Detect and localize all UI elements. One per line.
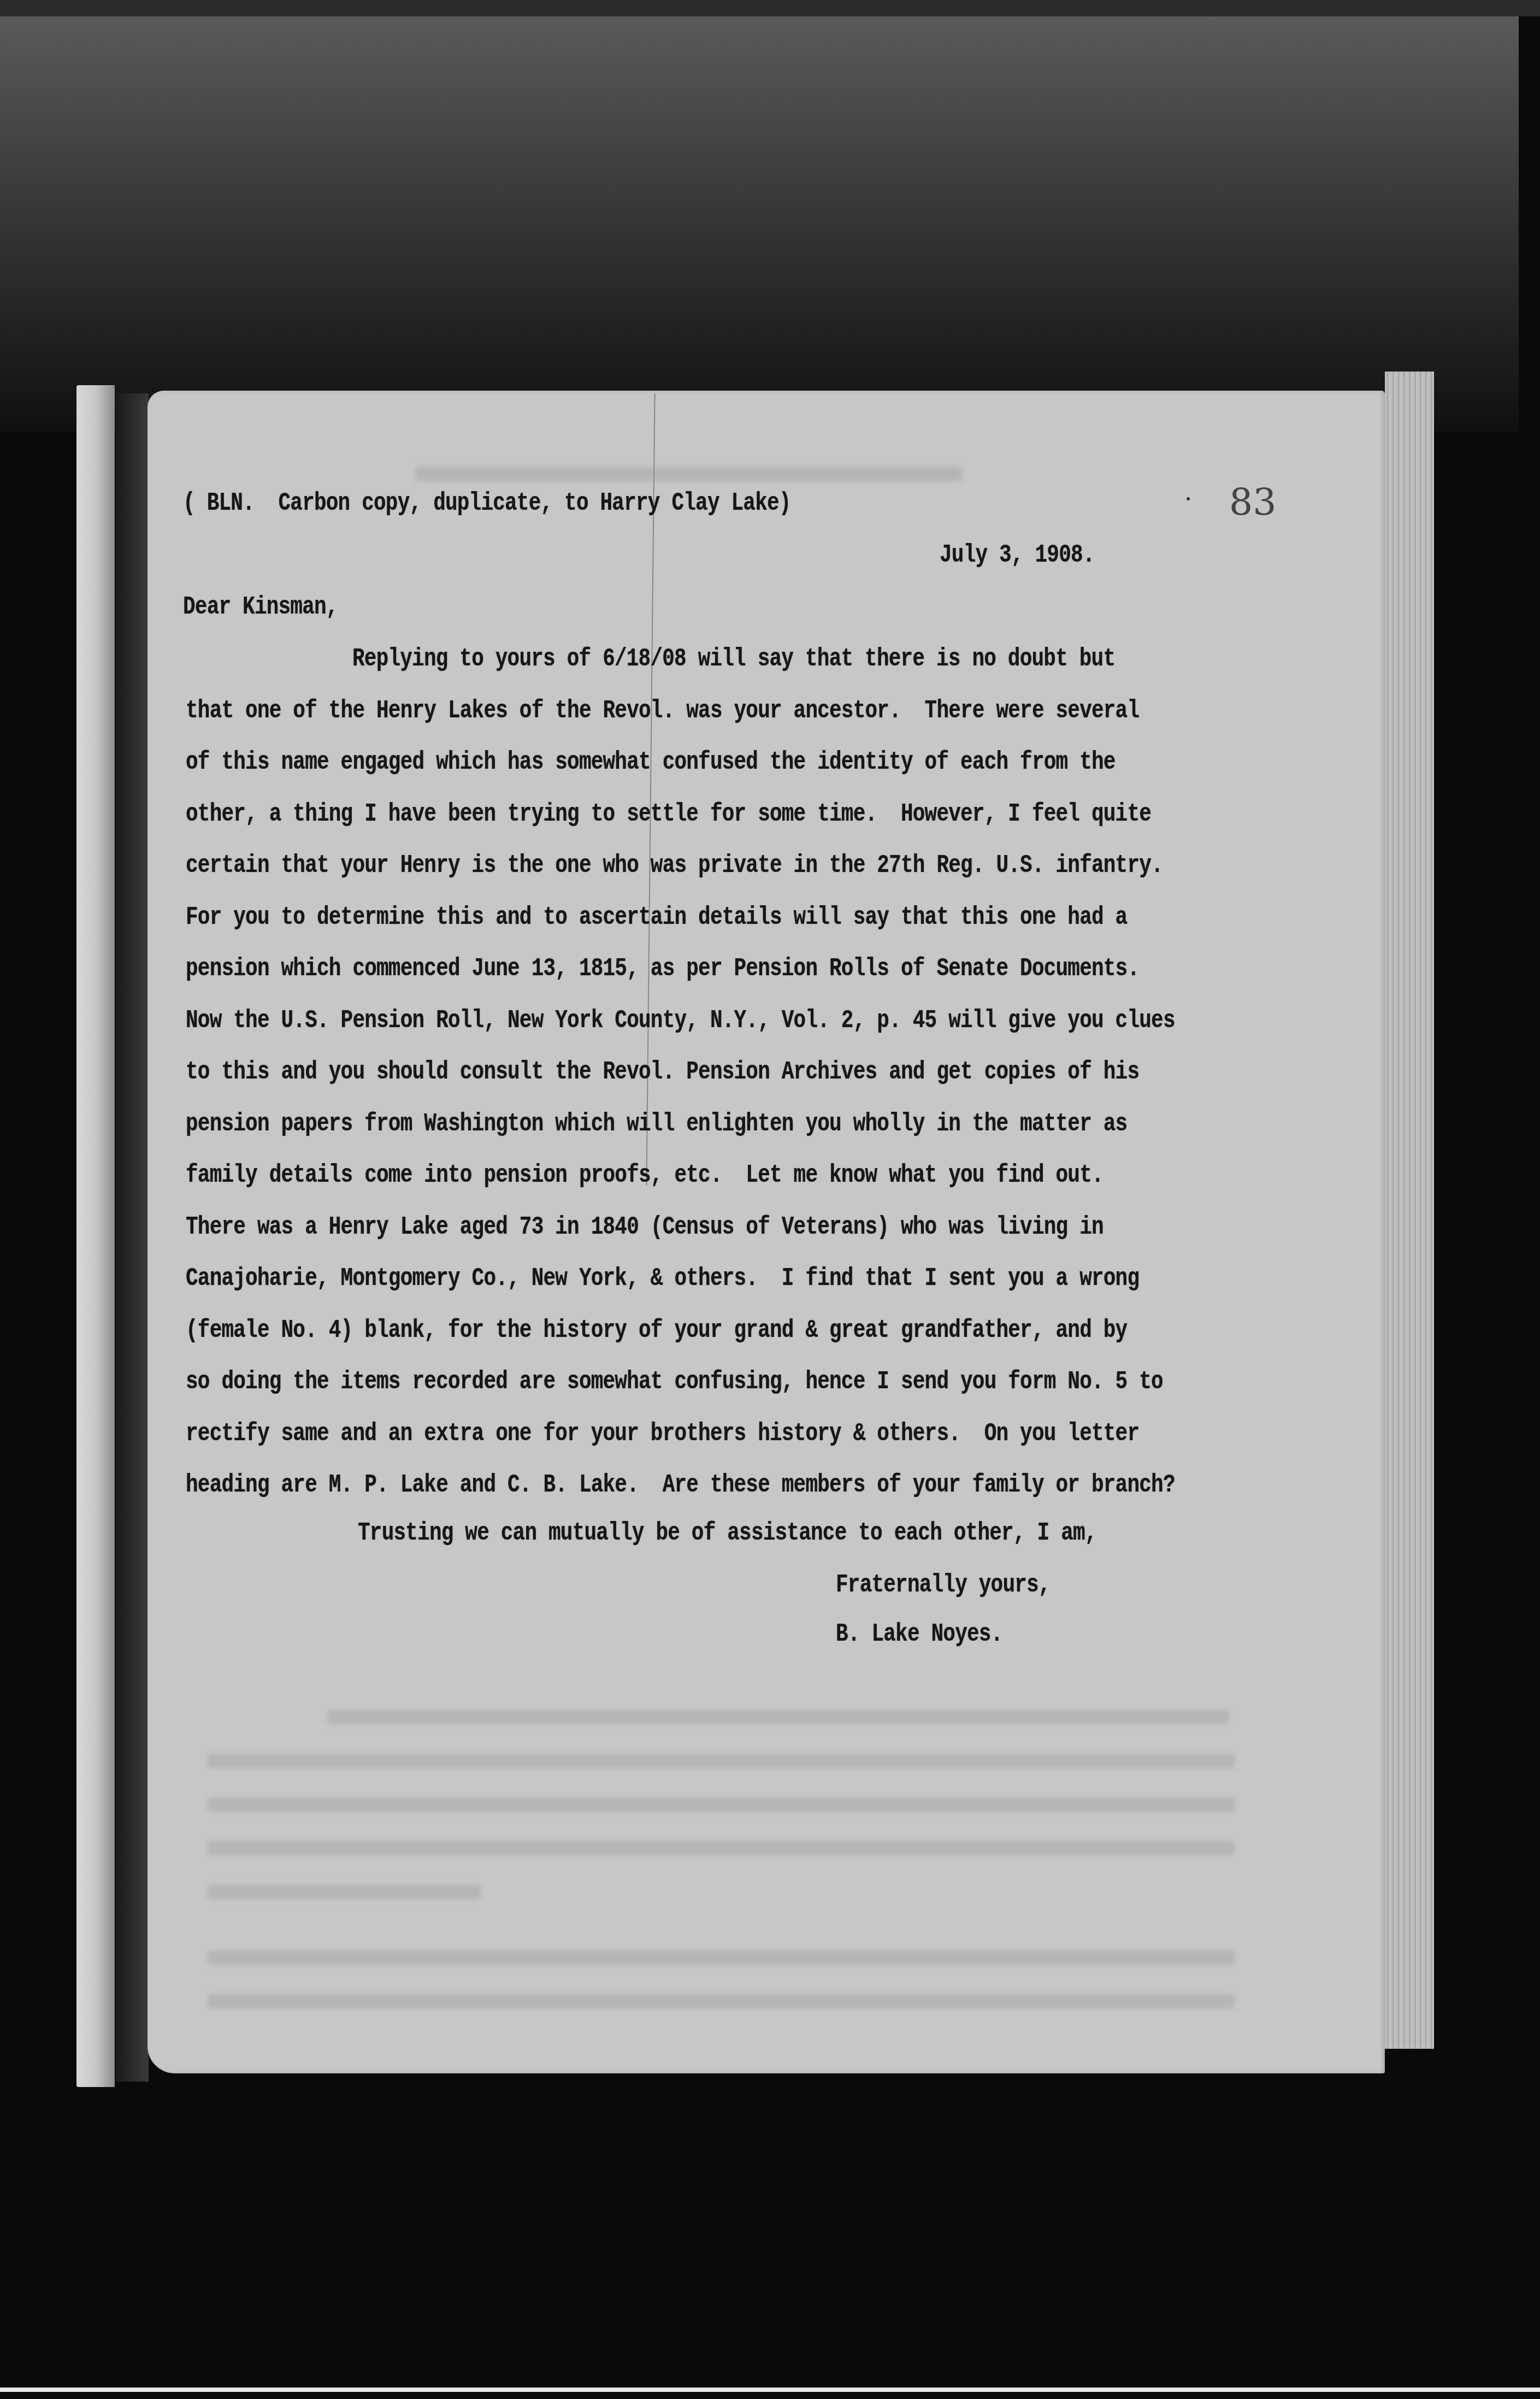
film-top-band [0,0,1540,16]
microfilm-backdrop [0,16,1519,432]
body-line: Now the U.S. Pension Roll, New York Coun… [186,1006,1175,1035]
bleed-through-line [415,467,961,481]
body-line: pension papers from Washington which wil… [186,1110,1127,1138]
book-gutter [116,393,149,2082]
letter-date: July 3, 1908. [940,541,1095,569]
signature: B. Lake Noyes. [836,1620,1002,1648]
body-line: For you to determine this and to ascerta… [186,903,1127,932]
body-line: Canajoharie, Montgomery Co., New York, &… [186,1264,1139,1293]
bleed-through-line [208,1797,1235,1812]
bleed-through-line [208,1841,1235,1855]
valediction: Fraternally yours, [836,1571,1051,1599]
body-line: certain that your Henry is the one who w… [186,851,1163,880]
header-note: ( BLN. Carbon copy, duplicate, to Harry … [183,489,791,517]
bleed-through-line [208,1950,1235,1965]
book-right-page-stack [1385,372,1434,2049]
bleed-through-line [208,1885,481,1899]
book-left-page-edge [76,385,115,2087]
salutation: Dear Kinsman, [183,593,338,621]
body-line: There was a Henry Lake aged 73 in 1840 (… [186,1213,1104,1241]
body-line: (female No. 4) blank, for the history of… [186,1316,1127,1345]
body-line: rectify same and an extra one for your b… [186,1419,1139,1448]
bleed-through-line [328,1710,1229,1724]
body-line: other, a thing I have been trying to set… [186,800,1151,828]
film-bottom-rule [0,2388,1540,2392]
body-line: to this and you should consult the Revol… [186,1058,1139,1086]
body-line: so doing the items recorded are somewhat… [186,1368,1163,1396]
body-line: Replying to yours of 6/18/08 will say th… [352,645,1115,673]
bleed-through-line [208,1754,1235,1768]
body-line: pension which commenced June 13, 1815, a… [186,954,1139,983]
closing-line: Trusting we can mutually be of assistanc… [358,1519,1097,1547]
page-number: 83 [1229,481,1277,524]
body-line: of this name engaged which has somewhat … [186,748,1116,776]
body-line: that one of the Henry Lakes of the Revol… [186,697,1139,725]
ink-dot [1187,497,1190,500]
bleed-through-line [208,1994,1235,2008]
body-line: family details come into pension proofs,… [186,1161,1104,1189]
body-line: heading are M. P. Lake and C. B. Lake. A… [186,1471,1175,1499]
